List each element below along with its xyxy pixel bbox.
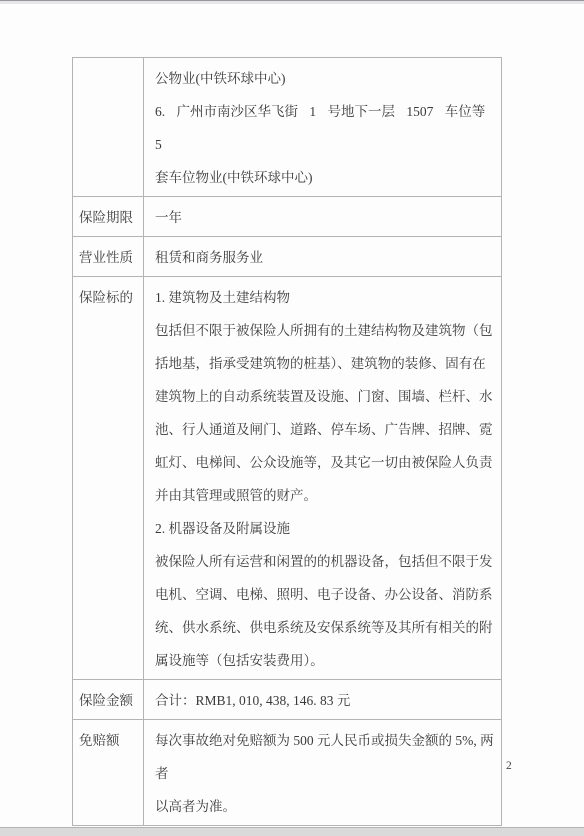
- insurance-policy-table: 公物业(中铁环球中心)6. 广州市南沙区华飞街 1 号地下一层 1507 车位等…: [72, 57, 502, 826]
- row-label: 保险金额: [79, 684, 141, 717]
- row-label-cell: 营业性质: [73, 237, 144, 277]
- row-value-cell: 公物业(中铁环球中心)6. 广州市南沙区华飞街 1 号地下一层 1507 车位等…: [144, 58, 502, 197]
- row-value-cell: 合计：RMB1, 010, 438, 146. 83 元: [144, 680, 502, 720]
- row-value-cell: 1. 建筑物及土建结构物包括但不限于被保险人所拥有的土建结构物及建筑物（包 括地…: [144, 277, 502, 680]
- scan-edge-bottom: [0, 827, 584, 836]
- value-paragraph: 合计：RMB1, 010, 438, 146. 83 元: [155, 684, 498, 717]
- row-label: 免赔额: [79, 724, 141, 757]
- row-label-cell: 保险标的: [73, 277, 144, 680]
- table-row: 保险标的1. 建筑物及土建结构物包括但不限于被保险人所拥有的土建结构物及建筑物（…: [73, 277, 502, 680]
- value-paragraph: 被保险人所有运营和闲置的的机器设备，包括但不限于发 电机、空调、电梯、照明、电子…: [155, 545, 498, 677]
- value-paragraph: 1. 建筑物及土建结构物: [155, 281, 498, 314]
- row-label: 保险标的: [79, 281, 141, 314]
- table-row: 保险金额合计：RMB1, 010, 438, 146. 83 元: [73, 680, 502, 720]
- row-label: 保险期限: [79, 201, 141, 234]
- page-number: 2: [506, 760, 512, 772]
- table-row: 公物业(中铁环球中心)6. 广州市南沙区华飞街 1 号地下一层 1507 车位等…: [73, 58, 502, 197]
- row-value-cell: 租赁和商务服务业: [144, 237, 502, 277]
- row-value-cell: 每次事故绝对免赔额为 500 元人民币或损失金额的 5%, 两者 以高者为准。: [144, 720, 502, 826]
- table-row: 免赔额每次事故绝对免赔额为 500 元人民币或损失金额的 5%, 两者 以高者为…: [73, 720, 502, 826]
- row-label-cell: 保险金额: [73, 680, 144, 720]
- row-label-cell: 保险期限: [73, 197, 144, 237]
- value-paragraph: 租赁和商务服务业: [155, 241, 498, 274]
- scan-edge-top: [0, 0, 584, 4]
- value-paragraph: 6. 广州市南沙区华飞街 1 号地下一层 1507 车位等 5 套车位物业(中铁…: [155, 95, 498, 194]
- value-paragraph: 公物业(中铁环球中心): [155, 62, 498, 95]
- table-row: 保险期限一年: [73, 197, 502, 237]
- table-row: 营业性质租赁和商务服务业: [73, 237, 502, 277]
- value-paragraph: 一年: [155, 201, 498, 234]
- value-paragraph: 包括但不限于被保险人所拥有的土建结构物及建筑物（包 括地基，指承受建筑物的桩基）…: [155, 314, 498, 512]
- row-label-cell: [73, 58, 144, 197]
- value-paragraph: 2. 机器设备及附属设施: [155, 512, 498, 545]
- policy-table-body: 公物业(中铁环球中心)6. 广州市南沙区华飞街 1 号地下一层 1507 车位等…: [73, 58, 502, 826]
- value-paragraph: 每次事故绝对免赔额为 500 元人民币或损失金额的 5%, 两者 以高者为准。: [155, 724, 498, 823]
- row-label: 营业性质: [79, 241, 141, 274]
- row-label-cell: 免赔额: [73, 720, 144, 826]
- scanned-document-page: 公物业(中铁环球中心)6. 广州市南沙区华飞街 1 号地下一层 1507 车位等…: [0, 0, 584, 836]
- row-value-cell: 一年: [144, 197, 502, 237]
